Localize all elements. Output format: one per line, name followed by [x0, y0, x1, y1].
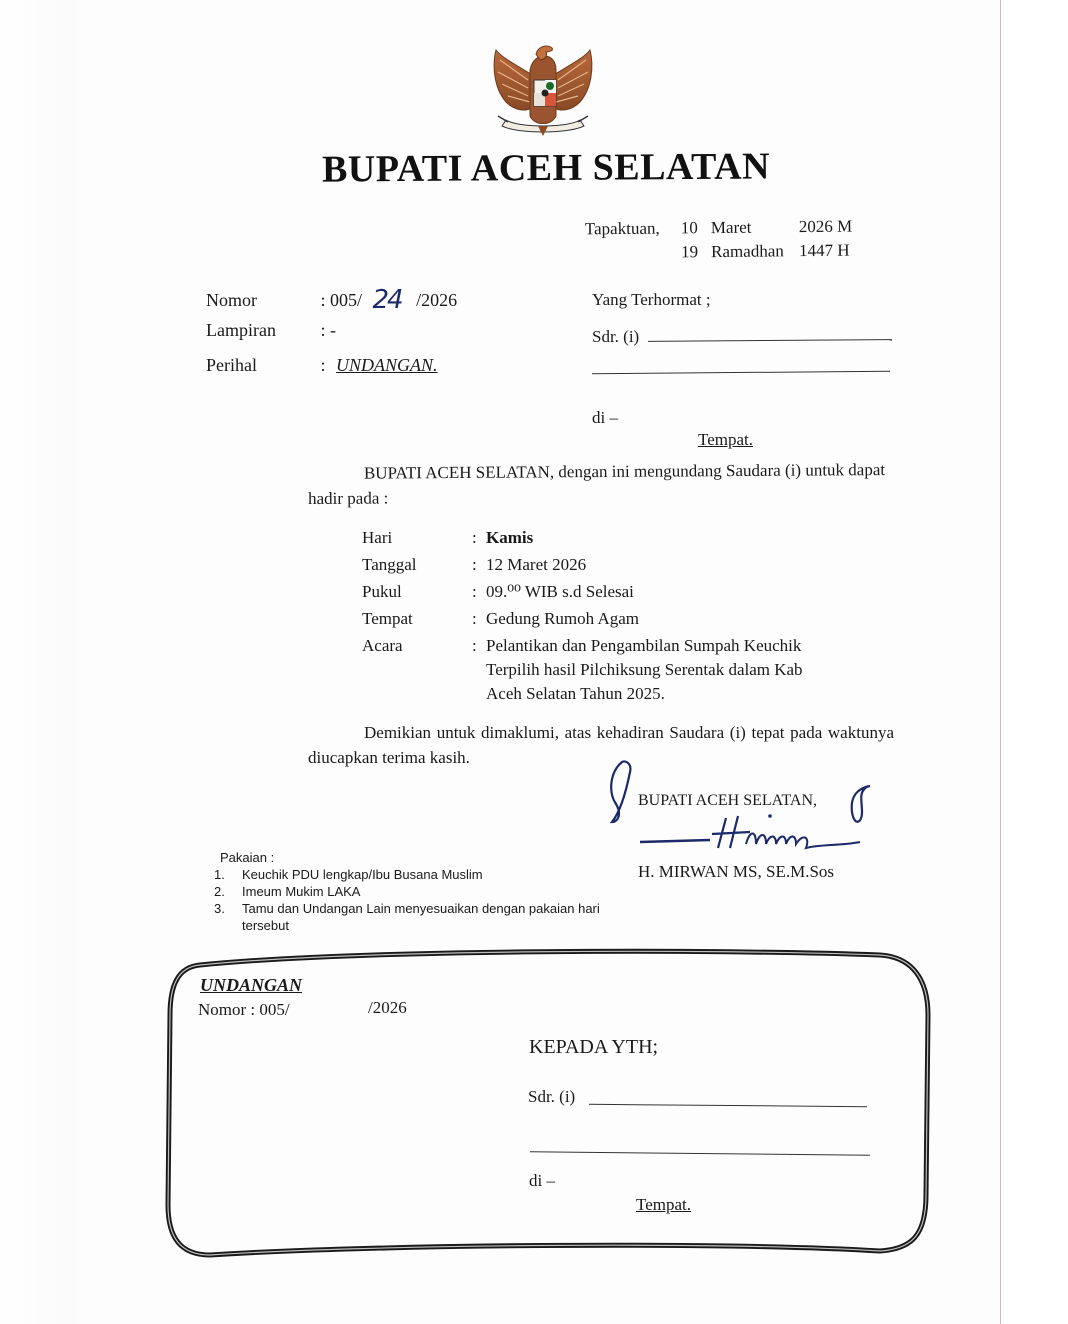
- recipient-name-label: Sdr. (i): [592, 327, 639, 347]
- hijri-month: Ramadhan: [711, 239, 799, 264]
- gregorian-day: 10: [681, 216, 711, 240]
- opening-paragraph: BUPATI ACEH SELATAN, dengan ini mengunda…: [308, 457, 894, 511]
- event-details: Hari : Kamis Tanggal : 12 Maret 2026 Puk…: [362, 524, 836, 706]
- nomor-suffix: /2026: [416, 290, 457, 310]
- envelope-name-label: Sdr. (i): [528, 1087, 575, 1107]
- perihal-label: Perihal: [206, 355, 316, 376]
- recipient-di: di –: [592, 408, 618, 428]
- signatory-name: H. MIRWAN MS, SE.M.Sos: [638, 862, 834, 882]
- envelope-kepada: KEPADA YTH;: [529, 1036, 658, 1059]
- gregorian-year: 2026 M: [799, 215, 853, 240]
- detail-row-pukul: Pukul : 09.⁰⁰ WIB s.d Selesai: [362, 578, 836, 605]
- perihal-colon: :: [321, 355, 326, 375]
- lampiran-value: : -: [321, 320, 337, 340]
- hijri-day: 19: [681, 240, 711, 264]
- recipient-tempat: Tempat.: [698, 430, 753, 450]
- detail-row-acara: Acara : Pelantikan dan Pengambilan Sumpa…: [362, 632, 836, 706]
- dress-code-title: Pakaian :: [214, 849, 612, 866]
- envelope-di: di –: [529, 1171, 555, 1191]
- envelope-heading: UNDANGAN: [200, 975, 302, 996]
- garuda-emblem-icon: [488, 36, 598, 140]
- place: Tapaktuan,: [585, 216, 681, 241]
- place-date-block: Tapaktuan, 10 Maret 2026 M 19 Ramadhan 1…: [585, 215, 853, 266]
- nomor-label: Nomor: [206, 290, 316, 311]
- perihal-row: Perihal : UNDANGAN.: [206, 355, 438, 376]
- envelope-tempat: Tempat.: [636, 1195, 691, 1215]
- letterhead-title: BUPATI ACEH SELATAN: [322, 144, 770, 191]
- lampiran-label: Lampiran: [206, 320, 316, 341]
- detail-row-hari: Hari : Kamis: [362, 524, 836, 551]
- signature-ink-icon: [600, 752, 880, 872]
- gregorian-month: Maret: [711, 215, 799, 240]
- detail-row-tanggal: Tanggal : 12 Maret 2026: [362, 551, 836, 578]
- nomor-prefix: : 005/: [321, 290, 363, 310]
- envelope-nomor-prefix: Nomor : 005/: [198, 1000, 290, 1020]
- salutation: Yang Terhormat ;: [592, 290, 711, 310]
- nomor-row: Nomor : 005/ 24 /2026: [206, 283, 457, 313]
- page-margin: [0, 0, 78, 1324]
- dress-code-item: 2. Imeum Mukim LAKA: [214, 883, 612, 900]
- lampiran-row: Lampiran : -: [206, 320, 336, 341]
- dress-code-item: 1. Keuchik PDU lengkap/Ibu Busana Muslim: [214, 866, 612, 883]
- hijri-year: 1447 H: [799, 239, 850, 264]
- signatory-office: BUPATI ACEH SELATAN,: [638, 792, 817, 810]
- perihal-value: UNDANGAN.: [336, 355, 438, 375]
- dress-code-item: 3. Tamu dan Undangan Lain menyesuaikan d…: [214, 900, 612, 934]
- envelope-nomor-suffix: /2026: [368, 998, 407, 1018]
- dress-code-list: Pakaian : 1. Keuchik PDU lengkap/Ibu Bus…: [214, 849, 612, 934]
- nomor-handwritten: 24: [373, 285, 402, 315]
- detail-row-tempat: Tempat : Gedung Rumoh Agam: [362, 605, 836, 632]
